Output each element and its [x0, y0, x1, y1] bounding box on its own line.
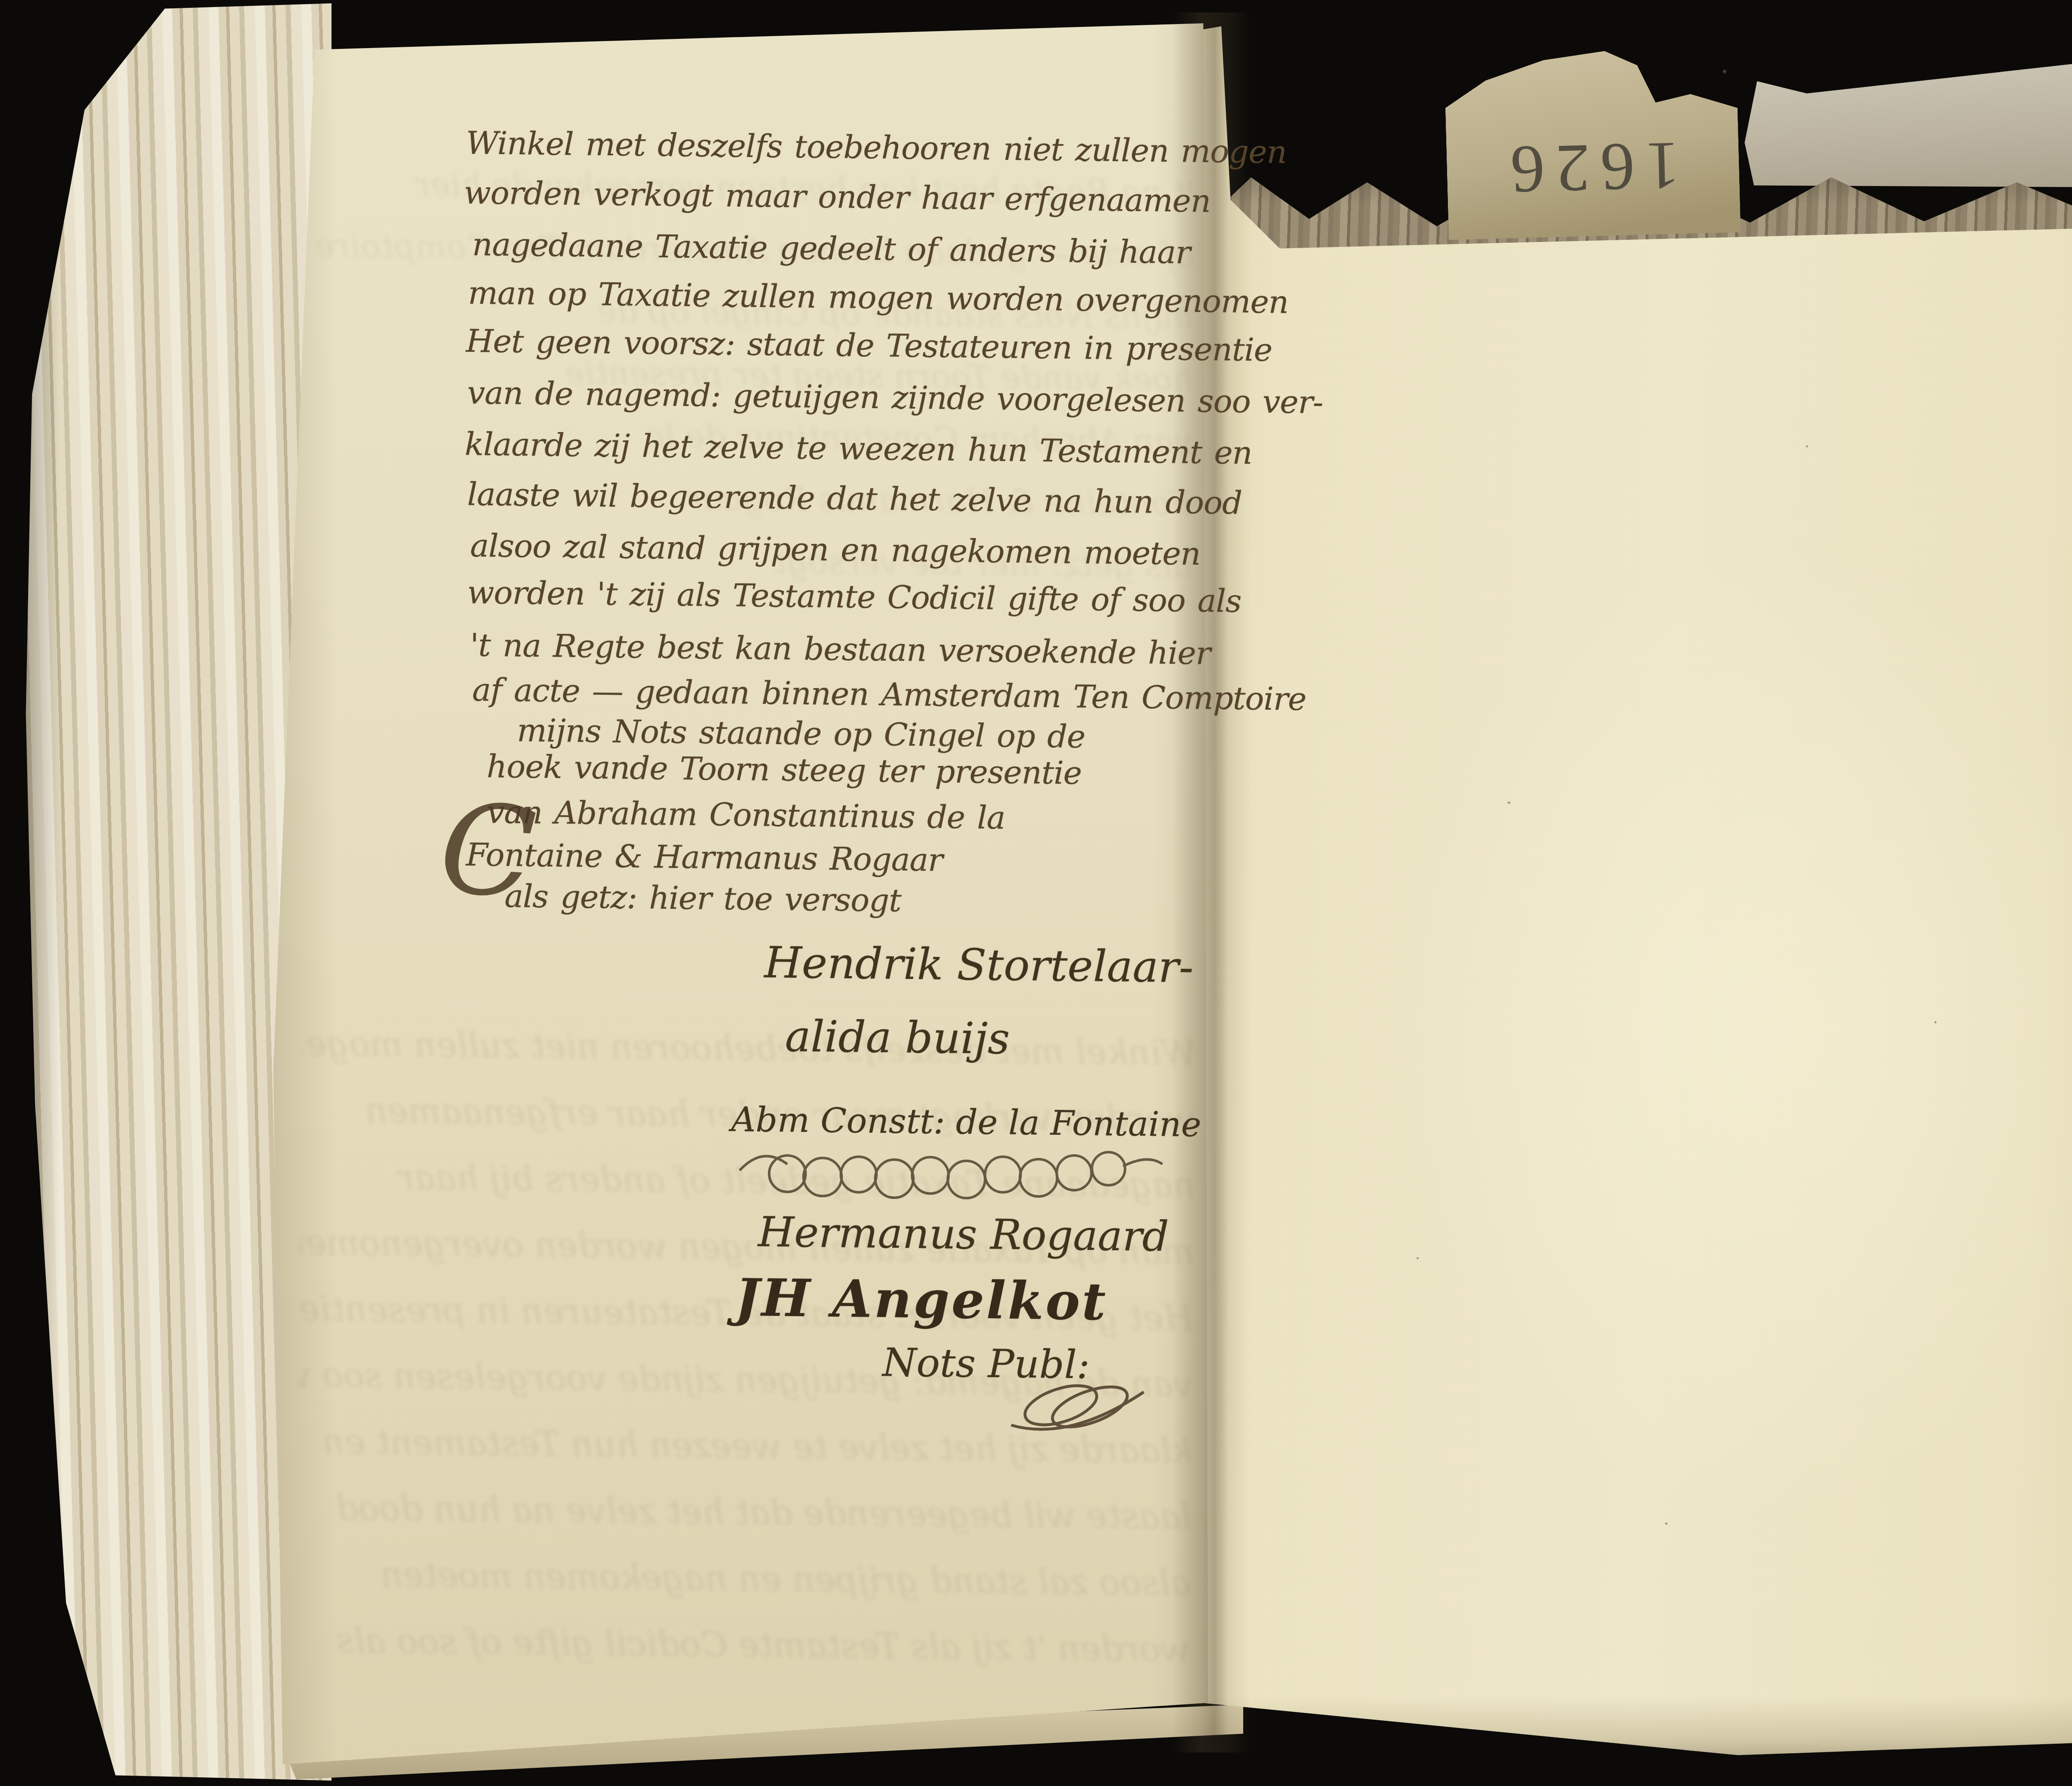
manuscript-line: Fontaine & Harmanus Rogaar: [466, 836, 943, 878]
back-cover-parchment-edge: [1745, 35, 2072, 189]
paper-speck: [1806, 445, 1808, 447]
manuscript-line: mijns Nots staande op Cingel op de: [517, 712, 1085, 755]
signature-alida-buijs: alida buijs: [785, 1011, 1010, 1064]
signature-hendrik-stortelaar: Hendrik Stortelaar-: [764, 937, 1194, 993]
notary-flourish: [995, 1380, 1173, 1433]
signature-de-la-fontaine: Abm Constt: de la Fontaine: [731, 1100, 1201, 1145]
notarial-paraph: C: [435, 776, 540, 926]
paper-speck: [1416, 1257, 1419, 1259]
archive-tag-number: 1626: [1489, 126, 1690, 210]
right-page: [1201, 23, 2072, 1759]
signature-angelkot: JH Angelkot: [735, 1268, 1108, 1332]
manuscript-line: hoek vande Toorn steeg ter presentie: [487, 748, 1082, 791]
bleedthrough-line: Winkel met deszelfs toebehooren niet zul…: [301, 1010, 1197, 1086]
archive-tag: 1626: [1444, 44, 1741, 240]
bleedthrough-line: alsoo zal stand grijpen en nagekomen moe…: [295, 1541, 1191, 1617]
bleedthrough-line: laaste wil begeerende dat het zelve na h…: [296, 1474, 1192, 1550]
paper-speck: [1508, 802, 1510, 804]
signature-hermanus-rogaard: Hermanus Rogaard: [758, 1208, 1169, 1261]
right-page-deckle-edge: [1201, 1697, 2072, 1759]
paper-speck: [1665, 1523, 1668, 1525]
bleedthrough-line: worden 't zij als Testamte Codicil gifte…: [295, 1607, 1191, 1683]
fontaine-flourish: [738, 1141, 1164, 1204]
manuscript-line: van Abraham Constantinus de la: [487, 793, 1005, 836]
paper-speck: [1934, 1021, 1936, 1023]
photo-background: 1626 't na Regte best kan bestaan versoe…: [0, 0, 2072, 1786]
manuscript-line: als getz: hier toe versogt: [504, 877, 901, 919]
